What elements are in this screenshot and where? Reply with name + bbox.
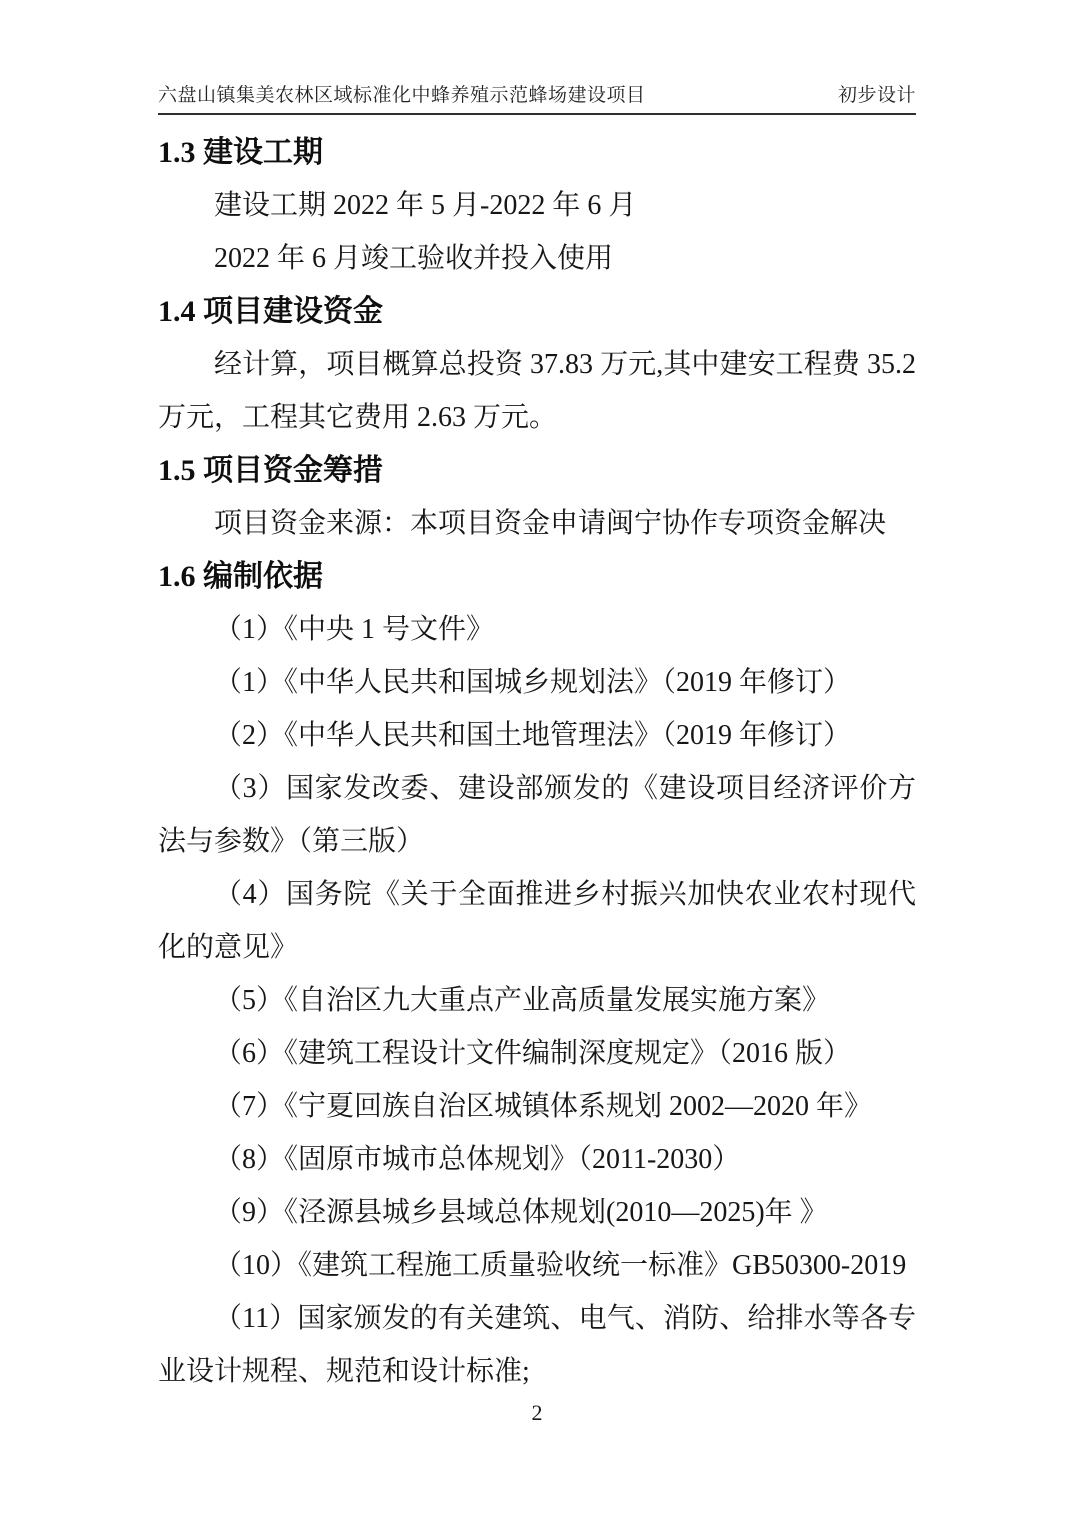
header-project-title: 六盘山镇集美农林区域标准化中蜂养殖示范蜂场建设项目 [158,80,646,107]
section-heading-1-3: 1.3 建设工期 [158,126,916,179]
section-heading-1-5: 1.5 项目资金筹措 [158,444,916,497]
page-number: 2 [532,1400,543,1425]
page-header: 六盘山镇集美农林区域标准化中蜂养殖示范蜂场建设项目 初步设计 [158,80,916,115]
list-item: （5）《自治区九大重点产业高质量发展实施方案》 [158,974,916,1027]
document-page: 六盘山镇集美农林区域标准化中蜂养殖示范蜂场建设项目 初步设计 1.3 建设工期 … [0,0,1074,1520]
paragraph-funding-source: 项目资金来源：本项目资金申请闽宁协作专项资金解决 [158,497,916,550]
list-item: （7）《宁夏回族自治区城镇体系规划 2002—2020 年》 [158,1080,916,1133]
list-item: （6）《建筑工程设计文件编制深度规定》（2016 版） [158,1027,916,1080]
paragraph-completion: 2022 年 6 月竣工验收并投入使用 [158,232,916,285]
list-item: （4）国务院《关于全面推进乡村振兴加快农业农村现代化的意见》 [158,868,916,974]
page-footer: 2 [0,1400,1074,1426]
paragraph-investment: 经计算，项目概算总投资 37.83 万元,其中建安工程费 35.2 万元，工程其… [158,338,916,444]
list-item: （11）国家颁发的有关建筑、电气、消防、给排水等各专业设计规程、规范和设计标准; [158,1292,916,1398]
list-item: （10）《建筑工程施工质量验收统一标准》GB50300-2019 [158,1239,916,1292]
list-item: （8）《固原市城市总体规划》（2011-2030） [158,1133,916,1186]
list-item: （9）《泾源县城乡县域总体规划(2010—2025)年 》 [158,1186,916,1239]
document-body: 1.3 建设工期 建设工期 2022 年 5 月-2022 年 6 月 2022… [158,126,916,1398]
list-item: （3）国家发改委、建设部颁发的《建设项目经济评价方法与参数》（第三版） [158,762,916,868]
list-item: （1）《中华人民共和国城乡规划法》（2019 年修订） [158,656,916,709]
section-heading-1-6: 1.6 编制依据 [158,550,916,603]
header-doc-type: 初步设计 [838,80,916,107]
list-item: （1）《中央 1 号文件》 [158,603,916,656]
section-heading-1-4: 1.4 项目建设资金 [158,285,916,338]
paragraph-construction-period: 建设工期 2022 年 5 月-2022 年 6 月 [158,179,916,232]
list-item: （2）《中华人民共和国土地管理法》（2019 年修订） [158,709,916,762]
